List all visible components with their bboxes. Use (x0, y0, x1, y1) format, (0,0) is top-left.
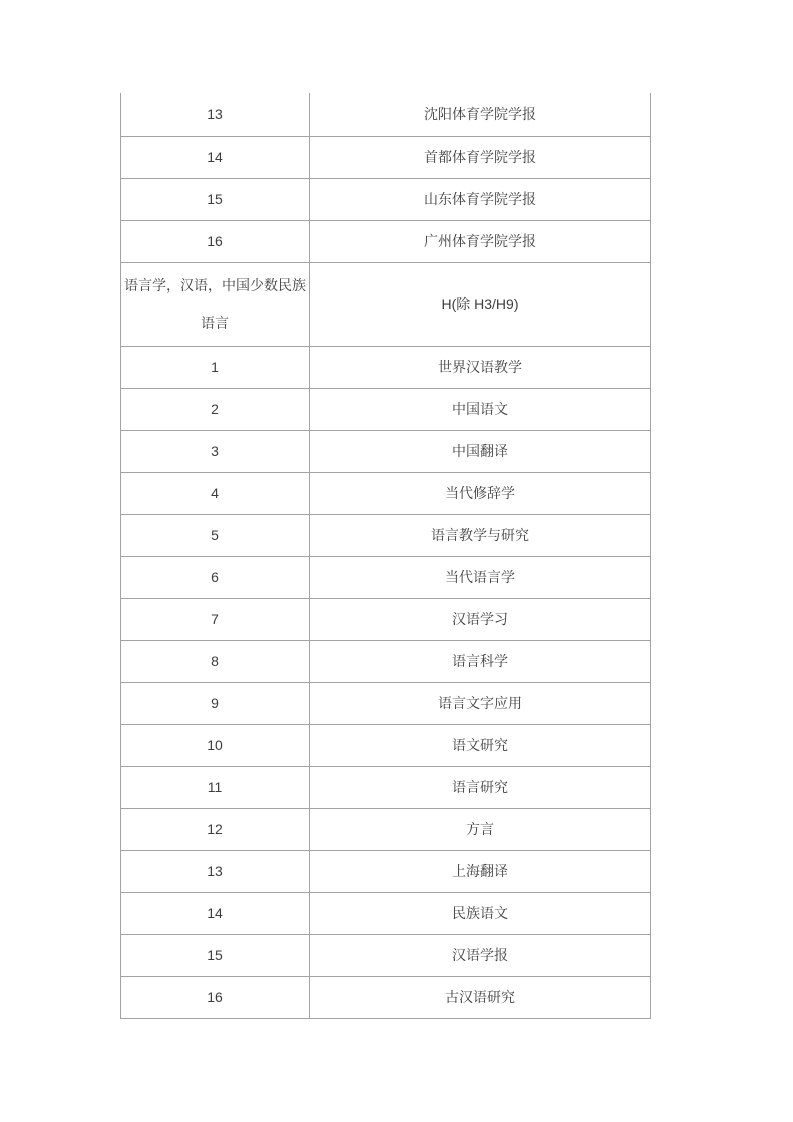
table-row: 9 语言文字应用 (121, 682, 651, 724)
section-header-row: 语言学，汉语，中国少数民族 语言 H(除 H3/H9) (121, 262, 651, 346)
table-row: 12 方言 (121, 808, 651, 850)
rank-cell: 9 (121, 682, 310, 724)
table-row: 2 中国语文 (121, 388, 651, 430)
table-row: 1 世界汉语教学 (121, 346, 651, 388)
rank-cell: 8 (121, 640, 310, 682)
rank-cell: 13 (121, 850, 310, 892)
rank-cell: 7 (121, 598, 310, 640)
section-category-cell: 语言学，汉语，中国少数民族 语言 (121, 262, 310, 346)
journal-cell: 山东体育学院学报 (310, 178, 651, 220)
section-category-line2: 语言 (121, 304, 309, 342)
rank-cell: 15 (121, 934, 310, 976)
table-row: 16 古汉语研究 (121, 976, 651, 1018)
journal-cell: 世界汉语教学 (310, 346, 651, 388)
journal-cell: 方言 (310, 808, 651, 850)
rank-cell: 13 (121, 93, 310, 136)
table-row: 6 当代语言学 (121, 556, 651, 598)
journal-cell: 汉语学习 (310, 598, 651, 640)
table-row: 7 汉语学习 (121, 598, 651, 640)
journal-cell: 语言研究 (310, 766, 651, 808)
rank-cell: 2 (121, 388, 310, 430)
section-category-line1: 语言学，汉语，中国少数民族 (121, 266, 309, 304)
rank-cell: 10 (121, 724, 310, 766)
section-code-cell: H(除 H3/H9) (310, 262, 651, 346)
table-row: 16 广州体育学院学报 (121, 220, 651, 262)
journal-cell: 广州体育学院学报 (310, 220, 651, 262)
document-page: 13 沈阳体育学院学报 14 首都体育学院学报 15 山东体育学院学报 16 广… (0, 0, 793, 1122)
journal-cell: 当代语言学 (310, 556, 651, 598)
journal-cell: 当代修辞学 (310, 472, 651, 514)
rank-cell: 16 (121, 220, 310, 262)
journal-cell: 汉语学报 (310, 934, 651, 976)
journal-cell: 沈阳体育学院学报 (310, 93, 651, 136)
journal-cell: 语言教学与研究 (310, 514, 651, 556)
table-row: 3 中国翻译 (121, 430, 651, 472)
table-row: 15 山东体育学院学报 (121, 178, 651, 220)
rank-cell: 5 (121, 514, 310, 556)
journal-cell: 古汉语研究 (310, 976, 651, 1018)
table-row: 14 首都体育学院学报 (121, 136, 651, 178)
rank-cell: 3 (121, 430, 310, 472)
journal-cell: 语文研究 (310, 724, 651, 766)
table-row: 15 汉语学报 (121, 934, 651, 976)
rank-cell: 6 (121, 556, 310, 598)
table-row: 8 语言科学 (121, 640, 651, 682)
rank-cell: 12 (121, 808, 310, 850)
rank-cell: 14 (121, 136, 310, 178)
rank-cell: 1 (121, 346, 310, 388)
journal-cell: 民族语文 (310, 892, 651, 934)
journal-cell: 语言文字应用 (310, 682, 651, 724)
table-row: 11 语言研究 (121, 766, 651, 808)
journal-table: 13 沈阳体育学院学报 14 首都体育学院学报 15 山东体育学院学报 16 广… (120, 93, 651, 1019)
rank-cell: 4 (121, 472, 310, 514)
journal-cell: 中国翻译 (310, 430, 651, 472)
table-row: 10 语文研究 (121, 724, 651, 766)
table-row: 5 语言教学与研究 (121, 514, 651, 556)
rank-cell: 15 (121, 178, 310, 220)
table-row: 4 当代修辞学 (121, 472, 651, 514)
table-row: 13 沈阳体育学院学报 (121, 93, 651, 136)
table-row: 13 上海翻译 (121, 850, 651, 892)
journal-cell: 首都体育学院学报 (310, 136, 651, 178)
table-row: 14 民族语文 (121, 892, 651, 934)
rank-cell: 16 (121, 976, 310, 1018)
journal-cell: 语言科学 (310, 640, 651, 682)
journal-cell: 中国语文 (310, 388, 651, 430)
rank-cell: 14 (121, 892, 310, 934)
rank-cell: 11 (121, 766, 310, 808)
journal-cell: 上海翻译 (310, 850, 651, 892)
